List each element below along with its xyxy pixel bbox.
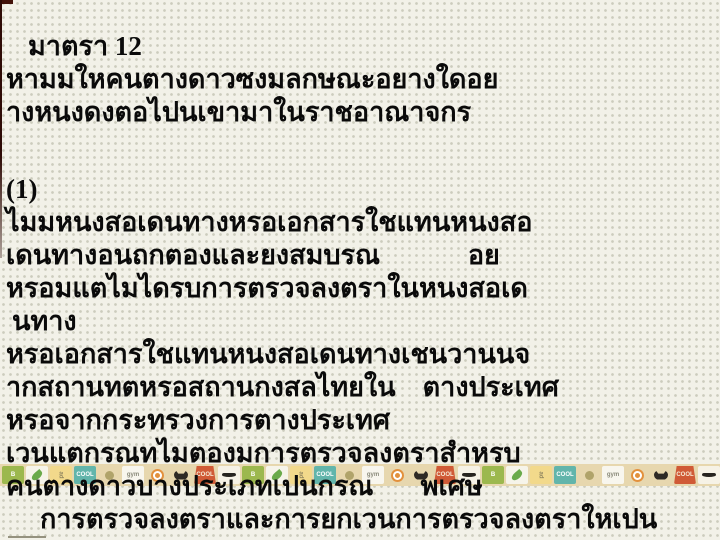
text-line-14: การตรวจลงตราและการยกเวนการตรวจลงตราใหเปน xyxy=(0,503,720,536)
section-title-line: มาตรา 12 xyxy=(0,30,720,63)
text-line-6: เดนทางอนถกตองและยงสมบรณ อย xyxy=(0,239,720,272)
text-line-8: นทาง xyxy=(0,305,720,338)
text-line-12: เวนแตกรณทไมตองมการตรวจลงตราสำหรบ xyxy=(0,437,720,470)
text-line-9: หรอเอกสารใชแทนหนงสอเดนทางเชนวานนจ xyxy=(0,338,720,371)
text-line-7: หรอมแตไมไดรบการตรวจลงตราในหนงสอเด xyxy=(0,272,720,305)
text-line-13: คนตางดาวบางประเภทเปนกรณ พเศษ xyxy=(0,470,720,503)
text-line-10: ากสถานทตหรอสถานกงสลไทยใน ตางประเทศ xyxy=(0,371,720,404)
text-line-3 xyxy=(0,129,720,173)
text-line-5: ไมมหนงสอเดนทางหรอเอกสารใชแทนหนงสอ xyxy=(0,206,720,239)
text-line-4: (1) xyxy=(0,173,720,206)
text-line-11: หรอจากกระทรวงการตางประเทศ xyxy=(0,404,720,437)
slide-text-block: มาตรา 12หามมใหคนตางดาวซงมลกษณะอยางใดอยาง… xyxy=(0,30,720,536)
text-line-1: หามมใหคนตางดาวซงมลกษณะอยางใดอย xyxy=(0,63,720,96)
slide-canvas: BadCOOLgymCOOLBadCOOLgymCOOLBadCOOLgymCO… xyxy=(0,0,720,540)
left-edge-line xyxy=(0,0,2,258)
bottom-left-edge-mark xyxy=(8,536,46,538)
text-line-2: างหนงดงตอไปนเขามาในราชอาณาจกร xyxy=(0,96,720,129)
